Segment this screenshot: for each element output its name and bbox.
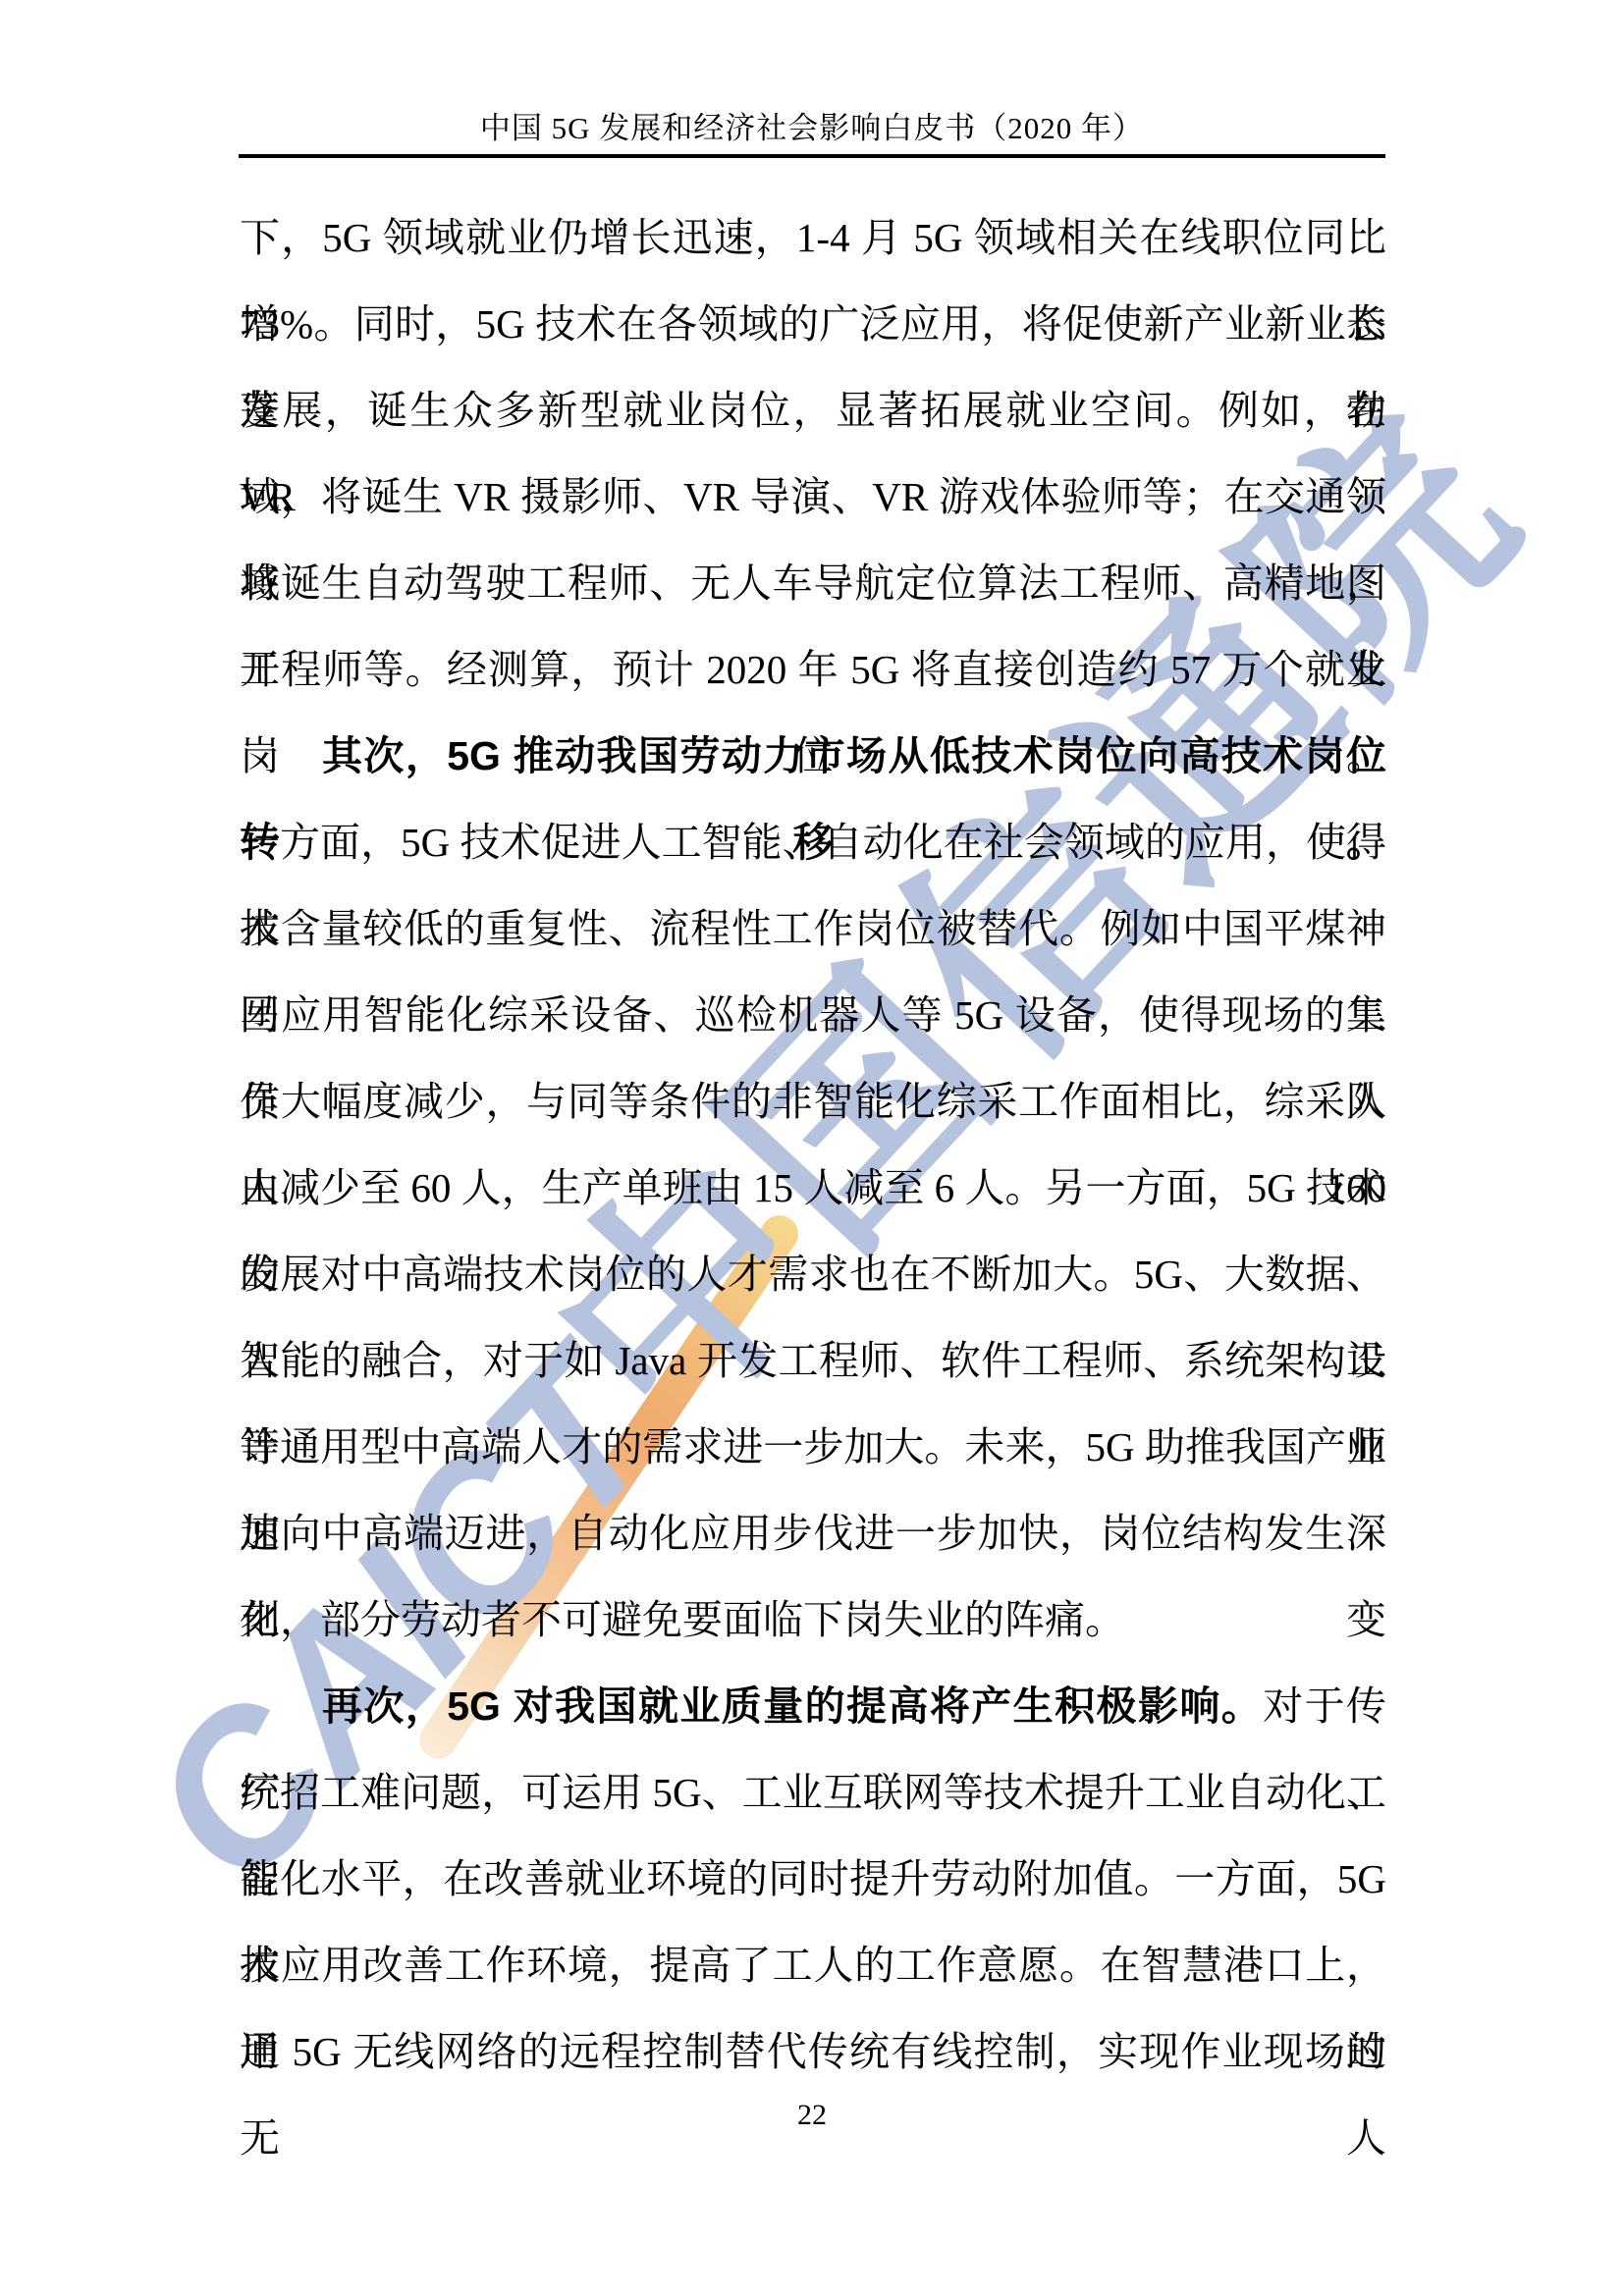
- text-line: 等通用型中高端人才的需求进一步加大。未来，5G 助推我国产业加: [240, 1404, 1386, 1490]
- text-line: 团应用智能化综采设备、巡检机器人等 5G 设备，使得现场的工作人: [240, 972, 1386, 1058]
- text-line: 再次，5G 对我国就业质量的提高将产生积极影响。对于传统工: [240, 1663, 1386, 1749]
- text-line: 厂招工难问题，可运用 5G、工业互联网等技术提升工业自动化、智: [240, 1749, 1386, 1836]
- page-number: 22: [0, 2099, 1624, 2132]
- text-line: 术含量较低的重复性、流程性工作岗位被替代。例如中国平煤神马集: [240, 885, 1386, 972]
- text-line: 员大幅度减少，与同等条件的非智能化综采工作面相比，综采队由 160: [240, 1058, 1386, 1145]
- text-line: 能化水平，在改善就业环境的同时提升劳动附加值。一方面，5G 技: [240, 1836, 1386, 1922]
- text-line: 智能的融合，对于如 Java 开发工程师、软件工程师、系统架构设计师: [240, 1317, 1386, 1404]
- text-line: 速向中高端迈进，自动化应用步伐进一步加快，岗位结构发生深刻变: [240, 1490, 1386, 1576]
- text-segment: 化，部分劳动者不可避免要面临下岗失业的阵痛。: [240, 1597, 1125, 1642]
- text-line: 工程师等。经测算，预计 2020 年 5G 将直接创造约 57 万个就业岗位。: [240, 626, 1386, 713]
- text-line: 将诞生自动驾驶工程师、无人车导航定位算法工程师、高精地图开发: [240, 540, 1386, 626]
- body-text: 下，5G 领域就业仍增长迅速，1-4 月 5G 领域相关在线职位同比增长73%。…: [240, 194, 1386, 2095]
- document-page: CAICT 中国信通院 中国 5G 发展和经济社会影响白皮书（2020 年） 下…: [0, 0, 1624, 2296]
- text-line: 一方面，5G 技术促进人工智能、自动化在社会领域的应用，使得技: [240, 799, 1386, 885]
- page-header-title: 中国 5G 发展和经济社会影响白皮书（2020 年）: [0, 103, 1624, 147]
- text-line: 发展，诞生众多新型就业岗位，显著拓展就业空间。例如，在 VR 领: [240, 367, 1386, 454]
- text-segment: 再次，5G 对我国就业质量的提高将产生积极影响。: [322, 1683, 1263, 1729]
- text-line: 域，将诞生 VR 摄影师、VR 导演、VR 游戏体验师等；在交通领域，: [240, 454, 1386, 540]
- text-line: 其次，5G 推动我国劳动力市场从低技术岗位向高技术岗位转移。: [240, 713, 1386, 799]
- text-line: 73%。同时，5G 技术在各领域的广泛应用，将促使新产业新业态蓬勃: [240, 281, 1386, 367]
- text-line: 术应用改善工作环境，提高了工人的工作意愿。在智慧港口上，通过: [240, 1922, 1386, 2008]
- text-line: 发展对中高端技术岗位的人才需求也在不断加大。5G、大数据、人工: [240, 1231, 1386, 1317]
- text-segment: 用 5G 无线网络的远程控制替代传统有线控制，实现作业现场的无人: [240, 2029, 1386, 2161]
- text-line: 用 5G 无线网络的远程控制替代传统有线控制，实现作业现场的无人: [240, 2008, 1386, 2095]
- header-rule: [239, 154, 1385, 158]
- text-line: 下，5G 领域就业仍增长迅速，1-4 月 5G 领域相关在线职位同比增长: [240, 194, 1386, 281]
- text-line: 人减少至 60 人，生产单班由 15 人减至 6 人。另一方面，5G 技术的: [240, 1145, 1386, 1231]
